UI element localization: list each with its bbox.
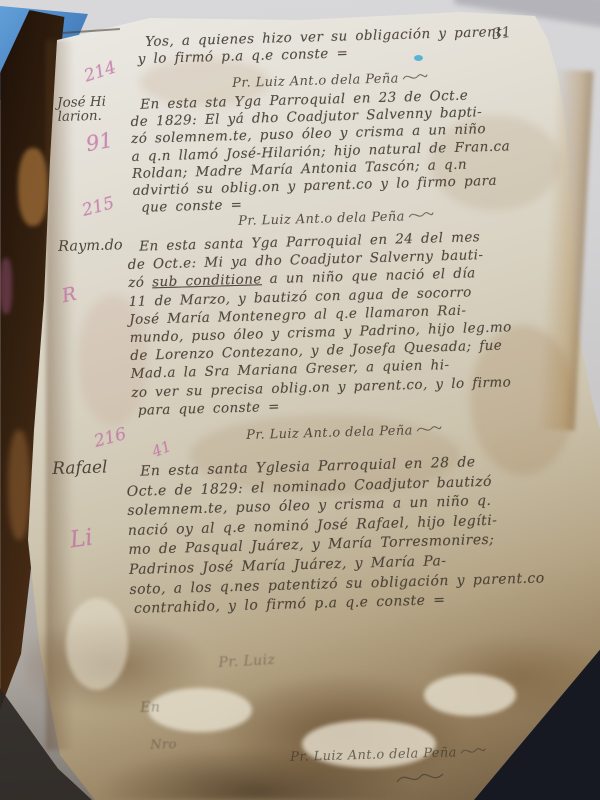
archival-mark: 91 <box>84 128 114 156</box>
spine-leather-patch <box>18 148 48 226</box>
faded-text-fragment: En <box>140 699 160 716</box>
faded-text-fragment: Nro <box>150 737 177 753</box>
torn-paper-patch <box>148 688 252 732</box>
entry-body: En esta santa Yga Parroquial en 24 del m… <box>127 227 514 420</box>
entry-margin-name: Raym.do <box>58 238 123 254</box>
pink-margin-smudge <box>0 258 12 314</box>
entry-body: En esta sta Yga Parroquial en 23 de Oct.… <box>130 86 512 217</box>
archival-mark: Li <box>68 525 94 554</box>
entry-margin-name: Rafael <box>52 460 108 476</box>
rubric-flourish-icon <box>408 210 434 223</box>
torn-paper-patch <box>66 598 128 690</box>
rubric-flourish-icon <box>395 768 445 788</box>
faded-signature-fragment: Pr. Luiz <box>218 652 276 671</box>
spine-leather-patch <box>8 430 30 540</box>
torn-paper-patch <box>424 674 516 716</box>
rubric-flourish-icon <box>460 746 486 759</box>
manuscript-photo: 31 Yos, a quienes hizo ver su obligación… <box>0 0 600 800</box>
underlined-phrase: sub conditione <box>152 272 262 291</box>
entry-margin-name: José Hi larion. <box>57 95 107 124</box>
rubric-flourish-icon <box>416 424 442 437</box>
rubric-flourish-icon <box>402 72 428 85</box>
